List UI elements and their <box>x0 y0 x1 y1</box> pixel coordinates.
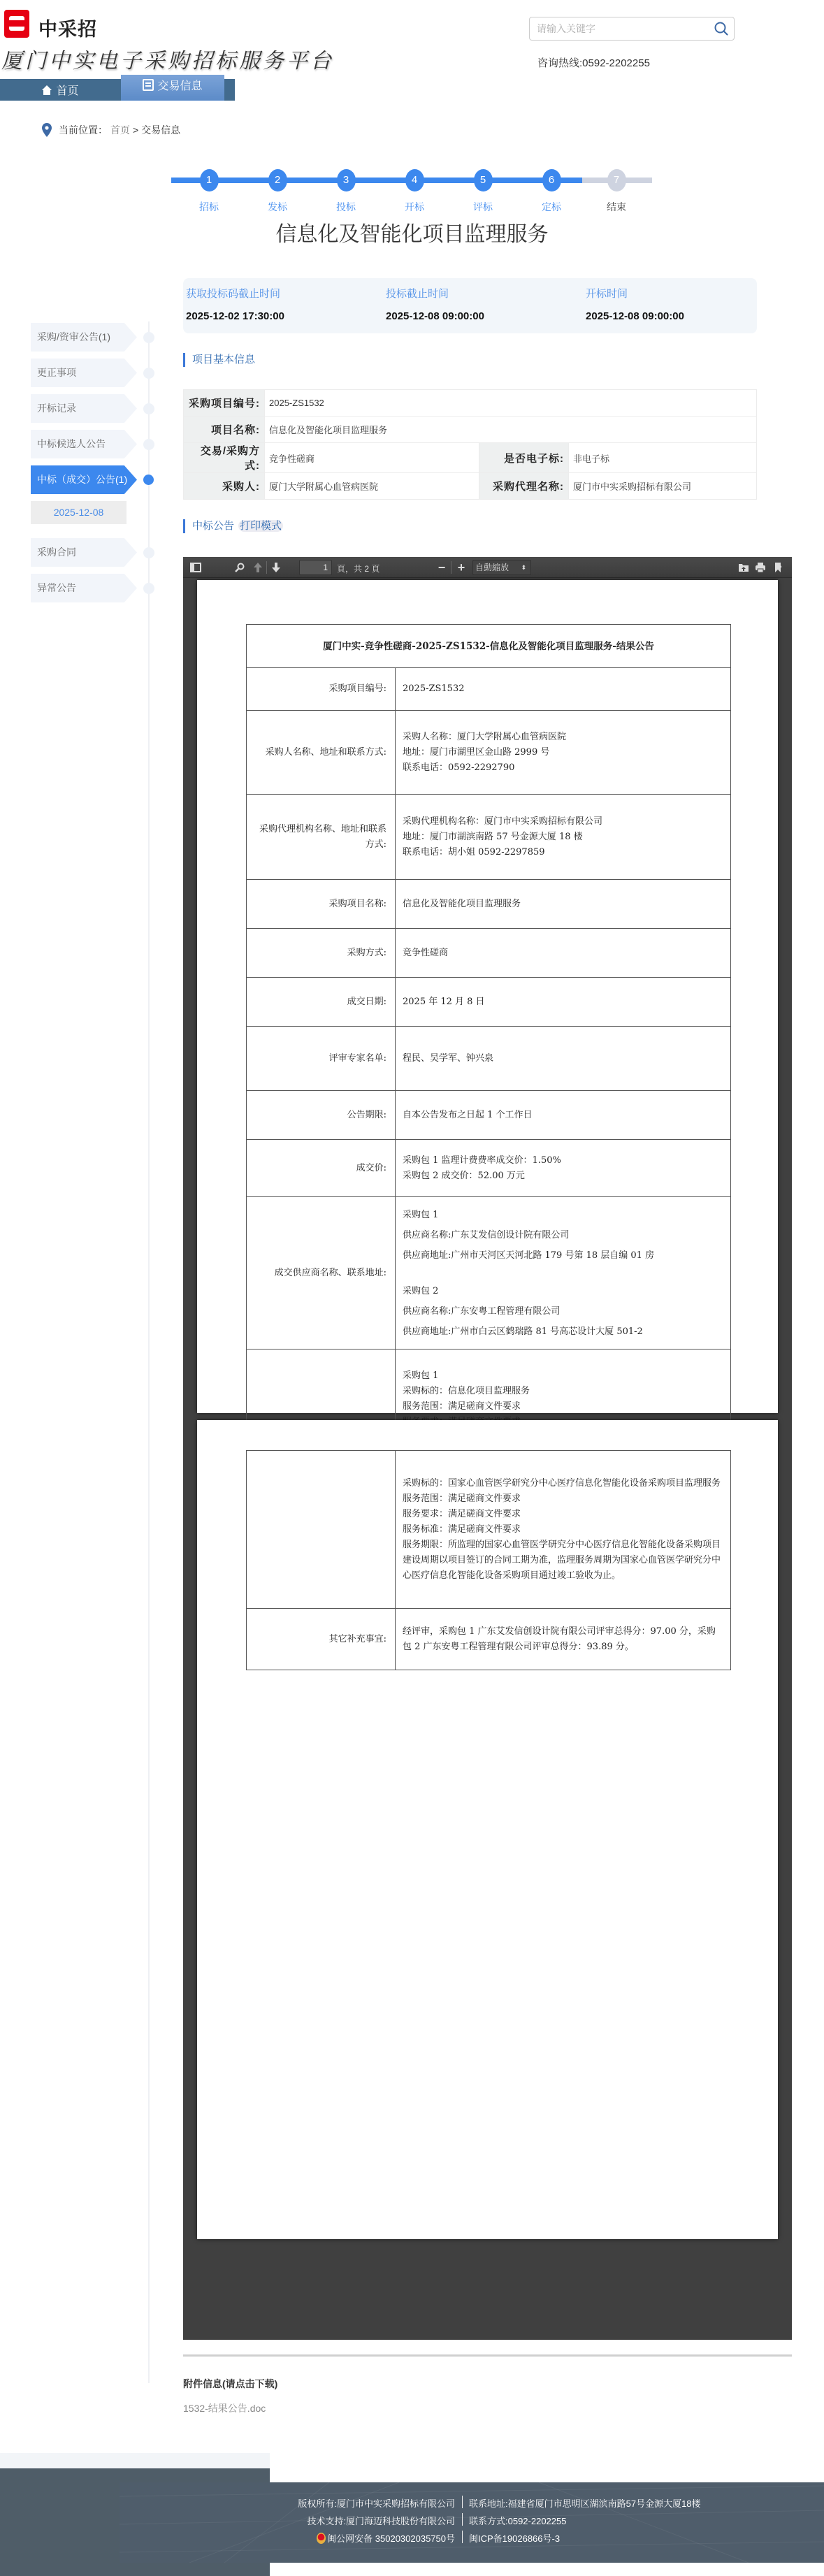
footer-contact: 联系方式:0592-2202255 <box>469 2514 566 2527</box>
step-7: 7结束 <box>606 169 627 214</box>
timeline-dot <box>143 403 154 414</box>
toolbar-separator <box>266 561 267 574</box>
step-4: 4开标 <box>404 169 425 214</box>
zoom-out-button[interactable]: − <box>436 562 447 573</box>
zoom-in-button[interactable]: + <box>456 562 467 573</box>
label-buyer: 采购人: <box>184 473 265 500</box>
logo-text: 中采招 <box>38 14 97 41</box>
row-value: 自本公告发布之日起 1 个工作日 <box>396 1091 731 1140</box>
award-notice-title: 中标公告 <box>192 520 234 532</box>
nav-trade-info-label: 交易信息 <box>157 77 202 93</box>
step-2: 2发标 <box>267 169 288 214</box>
open-file-icon[interactable] <box>738 562 749 573</box>
key-times-panel: 获取投标码截止时间 2025-12-02 17:30:00 投标截止时间 202… <box>183 278 757 333</box>
attachment-file-link[interactable]: 1532-结果公告.doc <box>183 2401 266 2415</box>
timeline-dot <box>143 439 154 450</box>
sidebar-toggle-icon[interactable] <box>190 562 201 573</box>
row-label: 成交价: <box>247 1140 396 1197</box>
footer-address: 联系地址:福建省厦门市思明区湖滨南路57号金源大厦18楼 <box>469 2496 701 2510</box>
value-method: 竞争性磋商 <box>265 443 479 473</box>
step-5: 5评标 <box>472 169 493 214</box>
footer: 版权所有:厦门市中实采购招标有限公司 联系地址:福建省厦门市思明区湖滨南路57号… <box>120 2482 824 2563</box>
row-label: 采购代理机构名称、地址和联系方式: <box>247 795 396 880</box>
step-6: 6定标 <box>541 169 562 214</box>
label-project-code: 采购项目编号: <box>184 390 265 417</box>
hotline: 咨询热线:0592-2202255 <box>537 55 650 70</box>
value-electronic: 非电子标 <box>569 443 757 473</box>
result-notice-table: 厦门中实-竞争性磋商-2025-ZS1532-信息化及智能化项目监理服务-结果公… <box>246 624 731 1526</box>
police-emblem-icon <box>317 2533 326 2544</box>
sidebar-item-award-notice[interactable]: 中标（成交）公告(1) <box>31 465 137 494</box>
page-title: 信息化及智能化项目监理服务 <box>0 217 824 247</box>
time-bid-opening: 开标时间 2025-12-08 09:00:00 <box>586 286 684 322</box>
pdf-page-2: 采购标的：国家心血管医学研究分中心医疗信息化智能化设备采购项目监理服务服务范围：… <box>197 1420 778 2239</box>
next-page-icon[interactable] <box>270 562 282 573</box>
value-project-name: 信息化及智能化项目监理服务 <box>265 417 757 443</box>
label-agent: 采购代理名称: <box>479 473 569 500</box>
stepper-track-done <box>171 178 582 183</box>
document-icon <box>143 79 154 91</box>
toolbar-separator <box>451 561 451 574</box>
row-label <box>247 1451 396 1609</box>
row-value: 竞争性磋商 <box>396 929 731 978</box>
nav-trade-info[interactable]: 交易信息 <box>121 75 224 101</box>
row-value: 经评审，采购包 1 广东艾发信创设计院有限公司评审总得分：97.00 分，采购包… <box>396 1609 731 1670</box>
row-value: 程民、吴学军、钟兴泉 <box>396 1027 731 1091</box>
row-value: 采购人名称：厦门大学附属心血管病医院地址：厦门市湖里区金山路 2999 号联系电… <box>396 711 731 795</box>
search-input[interactable] <box>537 17 704 40</box>
section-heading-award-notice: 中标公告打印模式 <box>183 519 283 533</box>
time-bid-code-deadline: 获取投标码截止时间 2025-12-02 17:30:00 <box>186 286 284 322</box>
home-icon <box>42 85 52 95</box>
footer-icp[interactable]: 闽ICP备19026866号-3 <box>469 2531 560 2545</box>
sidebar-item-candidate-notice[interactable]: 中标候选人公告 <box>31 430 137 458</box>
location-pin-icon <box>42 123 52 137</box>
row-label: 采购项目名称: <box>247 880 396 929</box>
result-notice-table-continued: 采购标的：国家心血管医学研究分中心医疗信息化智能化设备采购项目监理服务服务范围：… <box>246 1450 731 1670</box>
timeline-dot <box>143 332 154 343</box>
row-value: 2025-ZS1532 <box>396 668 731 711</box>
pdf-toolbar: 頁，共 2 頁 − + 自動縮放⬍ <box>183 557 792 578</box>
progress-stepper: 1招标 2发标 3投标 4开标 5评标 6定标 7结束 <box>171 169 653 211</box>
toolbar-overflow-icon[interactable]: » <box>776 560 782 573</box>
row-label: 成交供应商名称、联系地址: <box>247 1197 396 1349</box>
footer-separator <box>462 2513 463 2526</box>
previous-page-icon[interactable] <box>252 562 263 573</box>
step-1: 1招标 <box>198 169 219 214</box>
step-3: 3投标 <box>335 169 356 214</box>
label-method: 交易/采购方式: <box>184 443 265 473</box>
value-agent: 厦门市中实采购招标有限公司 <box>569 473 757 500</box>
find-icon[interactable] <box>234 562 245 573</box>
breadcrumb-current[interactable]: 交易信息 <box>141 123 180 137</box>
breadcrumb-separator: > <box>133 124 138 136</box>
timeline-dot <box>143 368 154 379</box>
search-box <box>529 17 735 41</box>
logo-icon <box>4 10 29 38</box>
footer-support: 技术支持:厦门海迈科技股份有限公司 <box>307 2514 455 2527</box>
sidebar-item-opening-record[interactable]: 开标记录 <box>31 394 137 423</box>
sidebar-item-exception-notice[interactable]: 异常公告 <box>31 574 137 602</box>
search-icon[interactable] <box>714 22 728 36</box>
footer-separator <box>462 2531 463 2543</box>
footer-separator <box>462 2496 463 2508</box>
time-bid-deadline: 投标截止时间 2025-12-08 09:00:00 <box>386 286 484 322</box>
row-label: 成交日期: <box>247 978 396 1027</box>
timeline-dot <box>143 547 154 558</box>
basic-info-table: 采购项目编号: 2025-ZS1532 项目名称: 信息化及智能化项目监理服务 … <box>183 389 757 500</box>
label-project-name: 项目名称: <box>184 417 265 443</box>
timeline-dot-active <box>143 475 154 485</box>
timeline-dot <box>143 583 154 594</box>
page-count: 頁，共 2 頁 <box>337 563 380 574</box>
row-value: 信息化及智能化项目监理服务 <box>396 880 731 929</box>
value-project-code: 2025-ZS1532 <box>265 390 757 417</box>
row-label: 采购人名称、地址和联系方式: <box>247 711 396 795</box>
row-value: 2025 年 12 月 8 日 <box>396 978 731 1027</box>
divider <box>183 2354 792 2357</box>
footer-police-record[interactable]: 闽公网安备 35020302035750号 <box>317 2531 455 2545</box>
print-mode-link[interactable]: 打印模式 <box>238 520 283 532</box>
sidebar-item-corrections[interactable]: 更正事项 <box>31 359 137 387</box>
label-electronic: 是否电子标: <box>479 443 569 473</box>
row-label: 采购方式: <box>247 929 396 978</box>
site-title: 厦门中实电子采购招标服务平台 <box>1 43 334 74</box>
nav-home-label: 首页 <box>56 82 78 98</box>
sidebar-item-procurement-notice[interactable]: 采购/资审公告(1) <box>31 323 137 352</box>
pdf-page-1: 厦门中实-竞争性磋商-2025-ZS1532-信息化及智能化项目监理服务-结果公… <box>197 580 778 1413</box>
print-icon[interactable] <box>755 562 766 573</box>
nav-home[interactable]: 首页 <box>0 79 121 101</box>
select-arrow-icon: ⬍ <box>521 560 526 574</box>
row-label: 其它补充事宜: <box>247 1609 396 1670</box>
sidebar-award-date[interactable]: 2025-12-08 <box>31 501 127 524</box>
pdf-viewer: 頁，共 2 頁 − + 自動縮放⬍ 厦门中实-竞争性磋商-2025-ZS1532… <box>183 557 792 2340</box>
row-label: 评审专家名单: <box>247 1027 396 1091</box>
row-value: 采购包 1供应商名称:广东艾发信创设计院有限公司供应商地址:广州市天河区天河北路… <box>396 1197 731 1349</box>
row-label: 公告期限: <box>247 1091 396 1140</box>
footer-copyright: 版权所有:厦门市中实采购招标有限公司 <box>298 2496 455 2510</box>
row-value: 采购包 1 监理计费费率成交价：1.50%采购包 2 成交价：52.00 万元 <box>396 1140 731 1197</box>
value-buyer: 厦门大学附属心血管病医院 <box>265 473 479 500</box>
breadcrumb-home[interactable]: 首页 <box>110 123 130 137</box>
page-number-input[interactable] <box>299 560 332 575</box>
notice-title: 厦门中实-竞争性磋商-2025-ZS1532-信息化及智能化项目监理服务-结果公… <box>247 625 731 668</box>
zoom-select[interactable]: 自動縮放⬍ <box>472 560 531 575</box>
section-heading-basic-info: 项目基本信息 <box>183 353 255 367</box>
breadcrumb: 当前位置： 首页 > 交易信息 <box>42 123 180 137</box>
row-value: 采购代理机构名称：厦门市中实采购招标有限公司地址：厦门市湖滨南路 57 号金源大… <box>396 795 731 880</box>
footer-spacer <box>0 2453 270 2468</box>
breadcrumb-prefix: 当前位置： <box>59 123 108 137</box>
row-label: 采购项目编号: <box>247 668 396 711</box>
row-value: 采购标的：国家心血管医学研究分中心医疗信息化智能化设备采购项目监理服务服务范围：… <box>396 1451 731 1609</box>
sidebar-item-contract[interactable]: 采购合同 <box>31 538 137 567</box>
attachments-heading: 附件信息(请点击下载) <box>183 2377 277 2391</box>
timeline-line <box>148 321 150 2383</box>
